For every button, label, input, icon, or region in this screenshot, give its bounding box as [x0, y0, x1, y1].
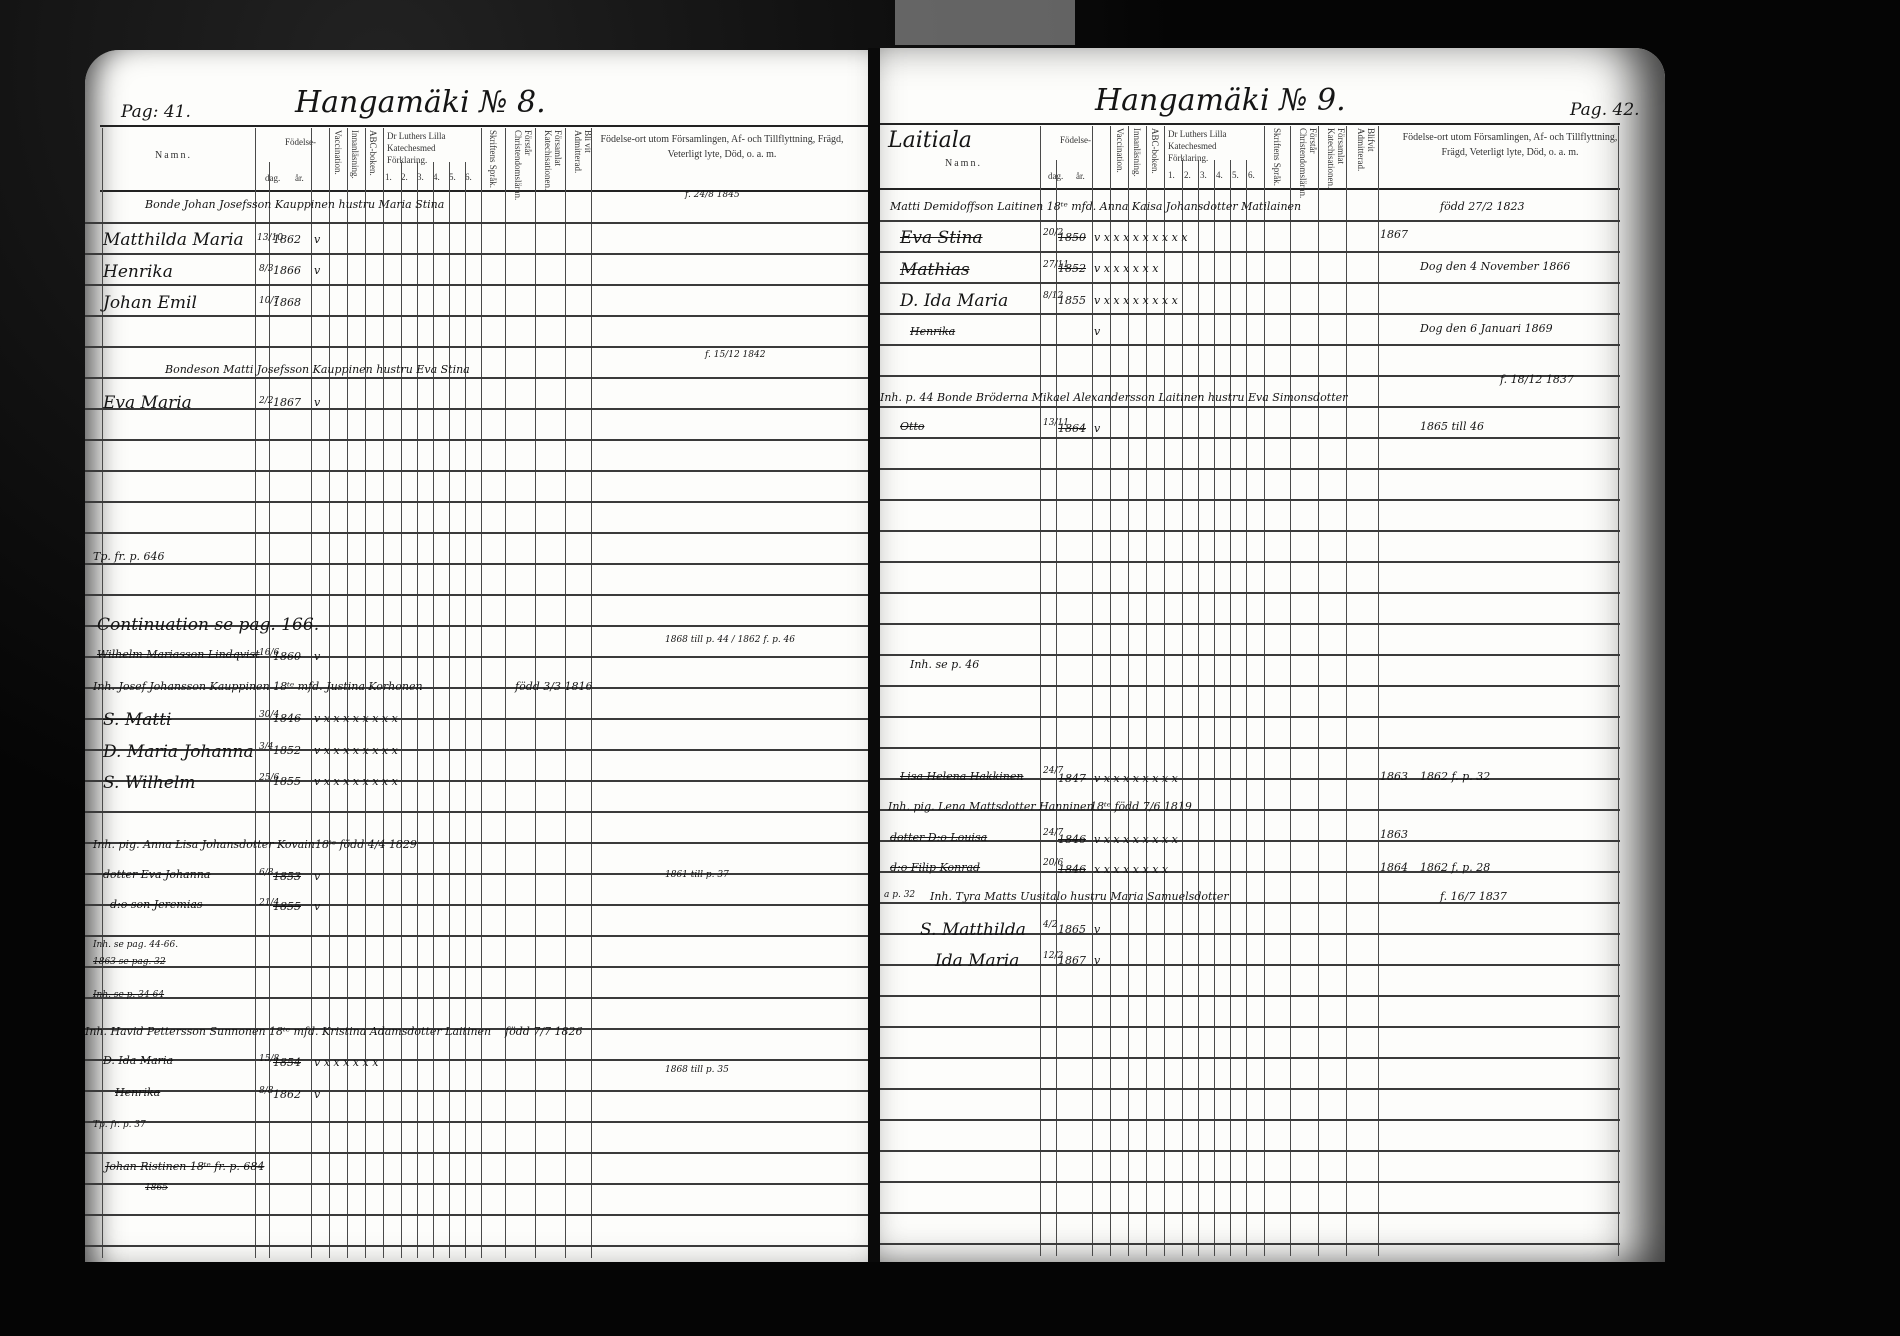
grid-line [417, 162, 418, 1258]
marks: v x x x x x x x x [314, 712, 398, 725]
row-rule [85, 377, 875, 379]
birth-year: 1850 [1058, 231, 1086, 244]
transfer-note: 1865 [145, 1183, 168, 1193]
header-bottom-rule [100, 190, 875, 192]
remark: 1862 f. p. 32 [1420, 770, 1490, 783]
skrift-header: Skriftens Språk. [488, 130, 498, 188]
marks: v x x x x x x x x [1094, 294, 1178, 307]
household-head: Inh. pig. Lena Mattsdotter Hanninen [888, 800, 1094, 813]
birth-day: 2/2 [259, 396, 273, 406]
household-head: Inh. Havid Pettersson Sunnonen 18ᵗᵉ mfd.… [85, 1025, 491, 1038]
grid-line [481, 128, 482, 1258]
birth-year: 1855 [273, 900, 301, 913]
row-rule [880, 1026, 1620, 1028]
person-name: Johan Emil [103, 293, 197, 313]
marks: v x x x x x x [314, 1056, 378, 1069]
row-rule [880, 561, 1620, 563]
right-page: Hangamäki № 9. Pag. 42. Laitiala Namn. F… [880, 48, 1665, 1288]
row-rule [85, 222, 875, 224]
row-rule [880, 437, 1620, 439]
row-rule [85, 1121, 875, 1123]
row-rule [85, 997, 875, 999]
left-page-number: Pag: 41. [121, 102, 191, 122]
row-rule [880, 1088, 1620, 1090]
abc-book-header: ABC-boken. [368, 130, 378, 188]
household-head: Bonde Johan Josefsson Kauppinen hustru M… [145, 198, 444, 211]
remark: 1865 till 46 [1420, 420, 1484, 433]
row-rule [85, 408, 875, 410]
row-rule [880, 1212, 1620, 1214]
birth-year: 1854 [273, 1056, 301, 1069]
catechism-num: 4. [433, 172, 449, 182]
transfer-note: Tp. fr. p. 646 [93, 550, 165, 563]
birth-year: 1847 [1058, 772, 1086, 785]
remarks-header: Födelse-ort utom Församlingen, Af- och T… [1400, 130, 1620, 160]
birth-year: 1862 [273, 233, 301, 246]
marks: v [314, 650, 320, 663]
transfer-note: Inh. se pag. 44-66. [93, 940, 178, 950]
row-rule [880, 1181, 1620, 1183]
innanlasning-header: Innanläsning. [1132, 128, 1142, 186]
row-rule [85, 439, 875, 441]
birth-year: 1867 [1058, 954, 1086, 967]
birth-year-header: år. [295, 173, 304, 183]
person-name: Lisa Helena Hakkinen [900, 770, 1023, 783]
admitted-header: Blifvit Admitterad. [1356, 128, 1376, 186]
person-name: Henrika [103, 262, 173, 282]
row-rule [85, 1059, 875, 1061]
row-rule [85, 501, 875, 503]
birth-note: född 7/7 1826 [505, 1025, 582, 1038]
grid-line [401, 162, 402, 1258]
person-name: Wilhelm Mariasson Lindqvist [97, 648, 260, 661]
marks: v [314, 870, 320, 883]
household-head: Bondeson Matti Josefsson Kauppinen hustr… [165, 363, 470, 376]
row-rule [880, 1243, 1620, 1245]
marks: v [1094, 954, 1100, 967]
name-column-header: Namn. [155, 150, 192, 161]
person-name: Eva Stina [900, 228, 983, 248]
row-rule [85, 935, 875, 937]
vaccination-header: Vaccination. [1115, 128, 1125, 186]
catechism-num: 2. [401, 172, 417, 182]
left-page-title: Hangamäki № 8. [295, 85, 546, 120]
birth-column-header: Födelse- [1060, 135, 1091, 145]
left-page: Pag: 41. Hangamäki № 8. Namn. Födelse- d… [85, 50, 875, 1290]
right-page-number: Pag. 42. [1570, 100, 1640, 120]
row-rule [85, 718, 875, 720]
person-name: Henrika [910, 325, 955, 338]
row-rule [85, 315, 875, 317]
person-name: dotter Eva Johanna [103, 868, 210, 881]
grid-line [1214, 160, 1215, 1256]
row-rule [880, 871, 1620, 873]
row-rule [880, 344, 1620, 346]
birth-note: född 27/2 1823 [1440, 200, 1524, 213]
birth-year: 1853 [273, 870, 301, 883]
admitted-year: 1863 [1380, 770, 1408, 783]
transfer-note: Inh. se p. 34-64 [93, 990, 164, 1000]
catechism-num: 3. [417, 172, 433, 182]
marks: v x x x x x x x x [314, 744, 398, 757]
book-spine [868, 48, 880, 1290]
row-rule [880, 592, 1620, 594]
admitted-header: Bli vit Admitterad. [573, 130, 593, 188]
person-name: Mathias [900, 260, 970, 280]
abc-book-header: ABC-boken. [1150, 128, 1160, 186]
person-name: D. Ida Maria [103, 1054, 173, 1067]
birth-year: 1866 [273, 264, 301, 277]
row-rule [85, 1090, 875, 1092]
person-name: d:o son Jeremias [110, 898, 203, 911]
birth-note: f. 24/8 1845 [685, 190, 740, 200]
grid-line [365, 128, 366, 1258]
grid-line [255, 128, 256, 1258]
admitted-year: 1867 [1380, 228, 1408, 241]
row-rule [880, 406, 1620, 408]
village-name: Laitiala [888, 128, 972, 153]
grid-line [1318, 126, 1319, 1256]
binding-edge [895, 0, 1075, 45]
person-name: S. Wilhelm [103, 773, 195, 793]
grid-line [591, 128, 592, 1258]
row-rule [85, 811, 875, 813]
birth-year: 1864 [1058, 422, 1086, 435]
row-rule [880, 251, 1620, 253]
vaccination-header: Vaccination. [333, 130, 343, 188]
katechisation-header: Församlat Katechisationen. [1326, 128, 1346, 186]
birth-note: f. 16/7 1837 [1440, 890, 1507, 903]
row-rule [85, 594, 875, 596]
marks: v [314, 264, 320, 277]
catechism-num: 5. [449, 172, 465, 182]
catechism-num: 6. [465, 172, 481, 182]
household-head: Inh. pig. Anna Lisa Johansdotter Kovain [93, 838, 315, 851]
row-rule [880, 840, 1620, 842]
birth-day: 4/2 [1043, 920, 1057, 930]
row-rule [880, 1119, 1620, 1121]
birth-note: f. 15/12 1842 [705, 350, 765, 360]
person-name: D. Ida Maria [900, 291, 1008, 311]
grid-line [311, 128, 312, 1258]
person-name: Otto [900, 420, 924, 433]
remark: Dog den 6 Januari 1869 [1420, 322, 1553, 335]
header-top-rule [100, 125, 875, 127]
birth-year: 1846 [273, 712, 301, 725]
marks: v [1094, 923, 1100, 936]
grid-line [329, 128, 330, 1258]
person-name: Eva Maria [103, 393, 192, 413]
marks: v [314, 233, 320, 246]
christendom-header: Förstår Christendomsläran. [513, 130, 533, 188]
grid-line [1346, 126, 1347, 1256]
household-head: Inh. Tyra Matts Uusitalo hustru Maria Sa… [930, 890, 1229, 903]
reference-note: a p. 32 [884, 890, 915, 900]
birth-year: 1862 [273, 1088, 301, 1101]
row-rule [85, 563, 875, 565]
person-name: Ida Maria [935, 951, 1019, 971]
birth-year: 1852 [1058, 262, 1086, 275]
row-rule [880, 995, 1620, 997]
birth-year: 1846 [1058, 863, 1086, 876]
name-column-header: Namn. [945, 158, 982, 169]
continuation-note: Continuation se pag. 166. [97, 615, 319, 635]
marks: v x x x x x x x x [314, 775, 398, 788]
marks: v [314, 396, 320, 409]
grid-line [1182, 160, 1183, 1256]
transfer-note: Johan Ristinen 18ᵗᵉ fr. p. 684 [105, 1160, 264, 1173]
birth-day-header: dag. [265, 173, 280, 183]
row-rule [880, 685, 1620, 687]
catechism-header: Dr Luthers Lilla Katechesmed Förklaring. [387, 130, 477, 166]
remark: 1861 till p. 37 [665, 870, 729, 880]
grid-line [1056, 160, 1057, 1256]
marks: v x x x x x x x x [1094, 833, 1178, 846]
person-name: S. Matti [103, 710, 172, 730]
catechism-header: Dr Luthers Lilla Katechesmed Förklaring. [1168, 128, 1258, 164]
birth-day: 8/3 [259, 264, 273, 274]
grid-line [1040, 126, 1041, 1256]
marks: v [314, 1088, 320, 1101]
birth-day: 6/8 [259, 868, 273, 878]
grid-line [1198, 160, 1199, 1256]
birth-day: 3/4 [259, 742, 273, 752]
transfer-note: Tp. fr. p. 37 [93, 1120, 146, 1130]
household-head: Matti Demidoffson Laitinen 18ᵗᵉ mfd. Ann… [890, 200, 1301, 213]
birth-note: född 3/3 1816 [515, 680, 592, 693]
grid-line [1230, 160, 1231, 1256]
birth-year: 1865 [1058, 923, 1086, 936]
row-rule [85, 904, 875, 906]
birth-year: 1855 [273, 775, 301, 788]
row-rule [880, 654, 1620, 656]
grid-line [465, 162, 466, 1258]
birth-year: 1852 [273, 744, 301, 757]
admitted-year: 1864 [1380, 861, 1408, 874]
remark: Dog den 4 November 1866 [1420, 260, 1570, 273]
person-name: D. Maria Johanna [103, 742, 254, 762]
birth-year: 1855 [1058, 294, 1086, 307]
catechism-num: 6. [1248, 170, 1264, 180]
grid-line [383, 128, 384, 1258]
header-top-rule [880, 123, 1620, 125]
row-rule [85, 346, 875, 348]
grid-line [1378, 126, 1379, 1256]
birth-note: f. 18/12 1837 [1500, 373, 1574, 386]
row-rule [85, 1245, 875, 1247]
transfer-note: Inh. se p. 46 [910, 658, 979, 671]
catechism-num: 1. [385, 172, 401, 182]
header-bottom-rule [880, 188, 1620, 190]
birth-year-header: år. [1076, 171, 1085, 181]
row-rule [880, 220, 1620, 222]
grid-line [505, 128, 506, 1258]
transfer-note: 1863 se pag. 32 [93, 957, 166, 967]
grid-line [1246, 160, 1247, 1256]
birth-note: 18ᵗᵉ född 4/4 1829 [315, 838, 417, 851]
grid-line [565, 128, 566, 1258]
person-name: dotter D:o Louisa [890, 831, 987, 844]
remark: 1862 f. p. 28 [1420, 861, 1490, 874]
household-head: Inh. p. 44 Bonde Bröderna Mikael Alexand… [880, 391, 1347, 404]
marks: v x x x x x x x x [1094, 772, 1178, 785]
person-name: Henrika [115, 1086, 160, 1099]
row-rule [85, 1183, 875, 1185]
row-rule [880, 499, 1620, 501]
grid-line [1290, 126, 1291, 1256]
row-rule [880, 1150, 1620, 1152]
grid-line [347, 128, 348, 1258]
marks: v [314, 900, 320, 913]
grid-line [1264, 126, 1265, 1256]
row-rule [85, 966, 875, 968]
row-rule [85, 780, 875, 782]
remarks-header: Födelse-ort utom Församlingen, Af- och T… [597, 132, 847, 162]
row-rule [880, 468, 1620, 470]
row-rule [880, 313, 1620, 315]
marks: v [1094, 325, 1100, 338]
grid-line [1092, 126, 1093, 1256]
person-name: S. Matthilda [920, 920, 1026, 940]
marks: v [1094, 422, 1100, 435]
birth-year: 1867 [273, 396, 301, 409]
birth-note: 18ᵗᵉ född 7/6 1819 [1090, 800, 1192, 813]
row-rule [880, 282, 1620, 284]
grid-line [449, 162, 450, 1258]
row-rule [85, 1214, 875, 1216]
person-name: d:o Filip Konrad [890, 861, 980, 874]
marks: v x x x x x x x x x [1094, 231, 1188, 244]
row-rule [880, 623, 1620, 625]
grid-line [433, 162, 434, 1258]
christendom-header: Förstår Christendomsläran. [1298, 128, 1318, 186]
row-rule [85, 284, 875, 286]
row-rule [880, 530, 1620, 532]
birth-year: 1846 [1058, 833, 1086, 846]
katechisation-header: Församlat Katechisationen. [543, 130, 563, 188]
birth-day: 8/8 [259, 1086, 273, 1096]
marks: x x x x x x x x [1094, 863, 1168, 876]
scan-bottom-edge [0, 1262, 1900, 1336]
grid-line [535, 128, 536, 1258]
row-rule [85, 470, 875, 472]
row-rule [880, 716, 1620, 718]
remark: 1868 till p. 35 [665, 1065, 729, 1075]
person-name: Matthilda Maria [103, 230, 244, 250]
row-rule [880, 1057, 1620, 1059]
innanlasning-header: Innanläsning. [350, 130, 360, 188]
household-head: Inh. Josef Johansson Kauppinen 18ᵗᵉ mfd.… [93, 680, 423, 693]
grid-line [1618, 126, 1619, 1256]
marks: v x x x x x x [1094, 262, 1158, 275]
remark: 1868 till p. 44 / 1862 f. p. 46 [665, 635, 795, 645]
row-rule [85, 532, 875, 534]
birth-year: 1860 [273, 650, 301, 663]
row-rule [880, 747, 1620, 749]
admitted-year: 1863 [1380, 828, 1408, 841]
row-rule [85, 1152, 875, 1154]
row-rule [85, 253, 875, 255]
right-page-title: Hangamäki № 9. [1095, 83, 1346, 118]
skrift-header: Skriftens Språk. [1272, 128, 1282, 186]
birth-year: 1868 [273, 296, 301, 309]
